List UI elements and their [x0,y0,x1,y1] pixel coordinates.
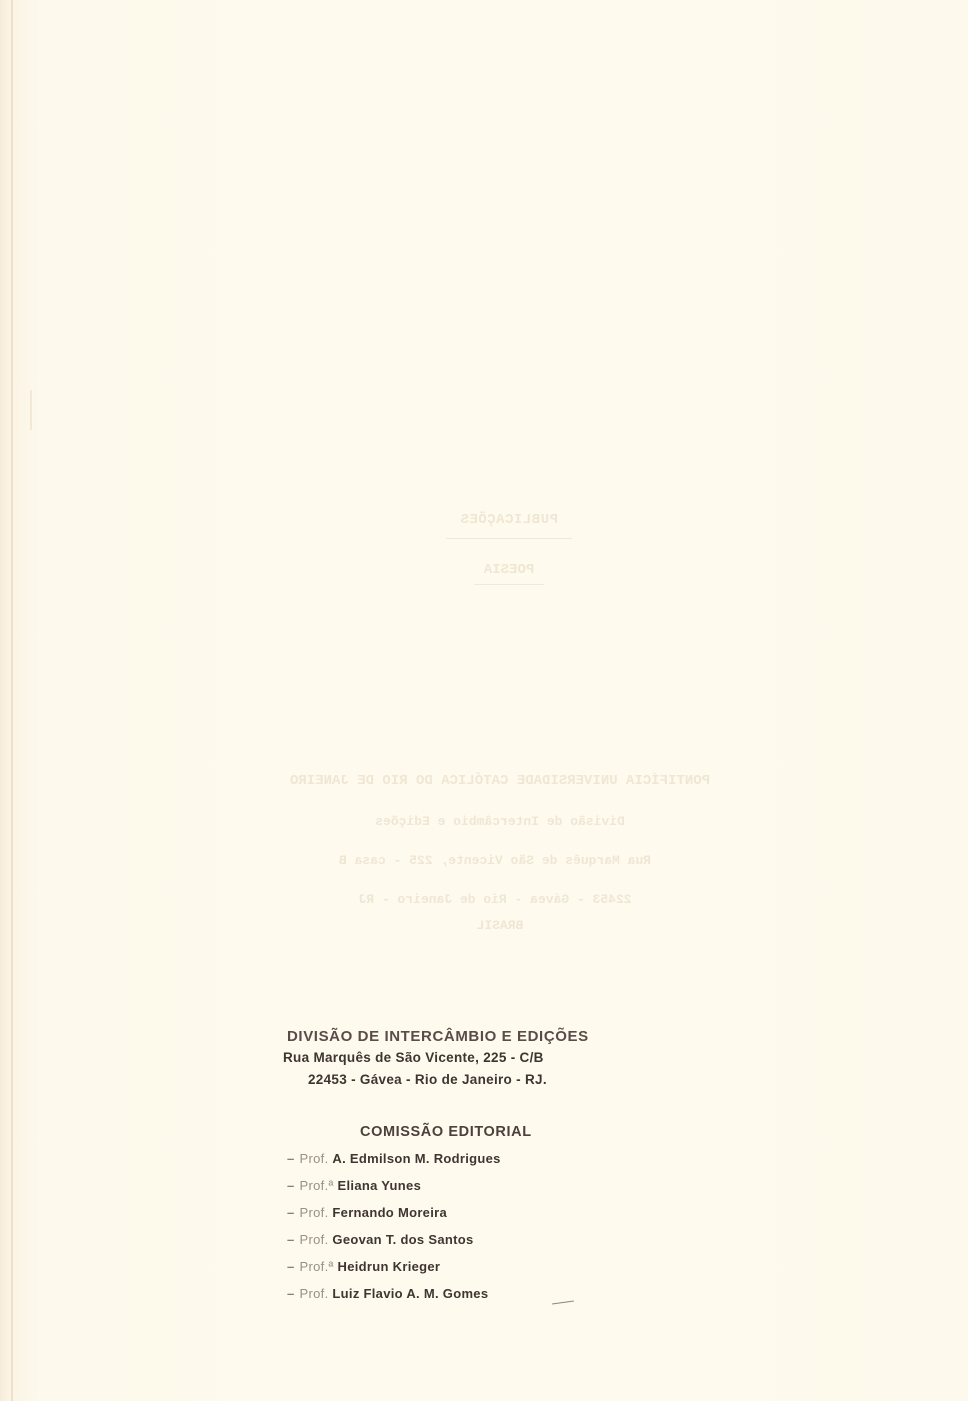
committee-member: –Prof. Luiz Flavio A. M. Gomes [287,1286,488,1301]
committee-member: –Prof.ª Eliana Yunes [287,1178,421,1193]
committee-member: –Prof. A. Edmilson M. Rodrigues [287,1151,501,1166]
committee-title: COMISSÃO EDITORIAL [360,1124,532,1140]
stamp-division: DIVISÃO DE INTERCÂMBIO E EDIÇÕES [287,1028,589,1045]
show-through-title: PUBLICAÇÕES [446,512,572,528]
show-through-institution: PONTIFÍCIA UNIVERSIDADE CATÓLICA DO RIO … [210,773,790,789]
paper-page [0,0,968,1401]
show-through-address: Rua Marquês de São Vicente, 225 - casa B [270,853,720,868]
show-through-subtitle: POESIA [474,562,544,578]
show-through-city: 22453 - Gávea - Rio de Janeiro - RJ [270,892,720,907]
paper-mark [30,390,32,430]
stamp-address: Rua Marquês de São Vicente, 225 - C/B [283,1050,544,1065]
show-through-subtitle-underline [474,584,544,585]
show-through-title-underline [446,538,572,539]
committee-member: –Prof. Fernando Moreira [287,1205,447,1220]
committee-member: –Prof.ª Heidrun Krieger [287,1259,440,1274]
show-through-division: Divisão de Intercâmbio e Edições [320,814,680,829]
show-through-country: BRASIL [440,918,560,933]
page-fold-line [11,0,13,1401]
committee-member: –Prof. Geovan T. dos Santos [287,1232,474,1247]
stamp-city: 22453 - Gávea - Rio de Janeiro - RJ. [308,1072,547,1087]
